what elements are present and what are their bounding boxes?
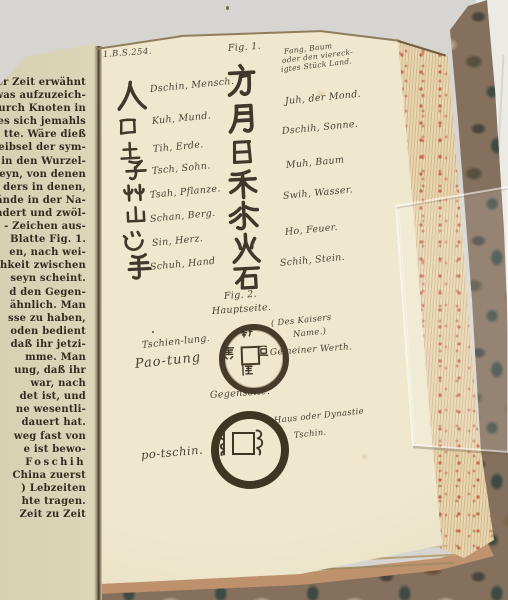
photo-of-open-book: { "photo": { "left_page": { "fraktur_lin… — [0, 0, 508, 600]
hanzi-yue-moon-icon — [224, 99, 262, 137]
fraktur-text-line: es sich jemahls — [0, 115, 86, 128]
coin-glyph-long-icon — [241, 363, 255, 382]
dynastie-note-line1: Haus oder Dynastie — [273, 407, 364, 426]
fig1-left-row-label: Sin, Herz. — [151, 233, 203, 249]
fraktur-text-line: etwas aufzuzeich- — [0, 89, 86, 102]
fig1-left-row-label: Schan, Berg. — [149, 208, 215, 225]
fig1-left-row-label: Kuh, Mund. — [151, 110, 211, 127]
hanzi-kou-mouth-icon — [115, 113, 140, 138]
fraktur-text-line: sse zu haben, — [0, 312, 86, 325]
fraktur-text-column: der Zeit erwähntetwas aufzuzeich-durch K… — [0, 76, 86, 521]
fraktur-text-line: d den Gegen- — [0, 286, 86, 299]
fraktur-text-line: Zeit zu Zeit — [0, 508, 86, 521]
hanzi-ri-sun-icon — [226, 136, 258, 168]
dynastie-note-line2: Tschin. — [293, 428, 327, 441]
fraktur-text-line: tte. Wäre dieß — [0, 128, 86, 141]
dust-speck — [226, 6, 229, 10]
fig1-left-row-label: Tsah, Pflanze. — [149, 183, 221, 201]
fig1-right-row-label: Schih, Stein. — [279, 252, 345, 269]
obverse-heading: Hauptseite. — [212, 302, 272, 317]
fraktur-text-line: oden bedient — [0, 325, 86, 338]
fraktur-text-line: ähnlich. Man — [0, 299, 86, 312]
fig1-right-row-label: Swih, Wasser. — [282, 184, 353, 202]
fraktur-text-line: ne wesentli- — [0, 403, 86, 416]
fraktur-text-line: ung, daß ihr — [0, 364, 86, 377]
coin-glyph-qian-icon — [240, 325, 254, 344]
coin-reading-tschien-lung: Tschien-lung. — [141, 333, 210, 351]
fraktur-text-line: in den Wurzel- — [0, 155, 86, 168]
fraktur-text-line: det ist, und — [0, 390, 86, 403]
fraktur-text-line: seyn scheint. — [0, 272, 86, 285]
coin-reverse-manchu — [211, 411, 289, 489]
fraktur-text-line: - Zeichen aus- — [0, 220, 86, 233]
plate-reference: 1.B.S.254. — [103, 47, 153, 60]
hanzi-fang-square-icon — [223, 61, 261, 99]
hanzi-shui-water-icon — [226, 198, 262, 234]
fraktur-text-line: e ist bewo- — [0, 443, 86, 456]
fig1-right-row-label: Juh, der Mond. — [284, 89, 361, 107]
fraktur-text-line: der Zeit erwähnt — [0, 76, 86, 89]
fraktur-text-line: seyn, von denen — [0, 168, 86, 181]
ink-speck — [152, 331, 154, 333]
fraktur-text-line: mme. Man — [0, 351, 86, 364]
kaisers-name-note-line2: Name.) — [292, 327, 326, 340]
fig1-left-row-label: Schuh, Hand — [149, 256, 215, 273]
coin-obverse-qianlong-tongbao — [218, 323, 290, 395]
fig1-left-row-label: Tih, Erde. — [152, 139, 204, 155]
fraktur-text-line: en, nach wei- — [0, 246, 86, 259]
coin-glyph-bao-icon — [222, 345, 236, 364]
fraktur-text-line: chkeit zwischen — [0, 259, 86, 272]
fraktur-text-line: war, nach — [0, 377, 86, 390]
coin-glyph-tong-icon — [257, 343, 271, 362]
fig1-right-row-label: Ho, Feuer. — [284, 222, 338, 238]
fraktur-text-line: bleibsel der sym- — [0, 141, 86, 154]
fig1-caption: Fig. 1. — [228, 41, 262, 54]
fraktur-text-line: dauert hat. — [0, 416, 86, 429]
fraktur-text-line: ders in denen, — [0, 181, 86, 194]
coin-glyph-manchu-left-icon — [218, 429, 230, 460]
fraktur-text-line: daß ihr jetzi- — [0, 338, 86, 351]
fraktur-text-line: durch Knoten in — [0, 102, 86, 115]
coin-reading-pao-tung: Pao-tung — [134, 350, 202, 372]
fraktur-text-line: ndert und zwöl- — [0, 207, 86, 220]
fraktur-text-line: Blatte Fig. 1. — [0, 233, 86, 246]
fraktur-text-line: hte tragen. — [0, 495, 86, 508]
foxing-spot — [362, 455, 367, 459]
book-gutter-shadow — [94, 46, 102, 600]
fig1-right-row-label: Muh, Baum — [285, 154, 344, 171]
coin-glyph-manchu-right-icon — [253, 429, 265, 460]
fraktur-text-line: Foschih — [0, 456, 86, 469]
fraktur-text-line: ) Lebzeiten — [0, 482, 86, 495]
hanzi-shan-mountain-icon — [123, 204, 148, 229]
fig1-left-row-label: Tsch, Sohn. — [151, 160, 211, 177]
fig1-left-row-label: Dschin, Mensch. — [149, 76, 234, 95]
hanzi-ren-person-icon — [113, 78, 149, 114]
fig1-right-row-label: Dschih, Sonne. — [281, 119, 358, 137]
fraktur-text-line: ände in der Na- — [0, 194, 86, 207]
coin-square-hole — [232, 432, 255, 455]
fraktur-text-line: China zuerst — [0, 469, 86, 482]
hanzi-shi-stone-icon — [230, 259, 264, 293]
fraktur-text-line: weg fast von — [0, 430, 86, 443]
coin-reading-po-tschin: po-tschin. — [140, 443, 203, 462]
hanzi-xin-heart-icon — [119, 227, 146, 254]
